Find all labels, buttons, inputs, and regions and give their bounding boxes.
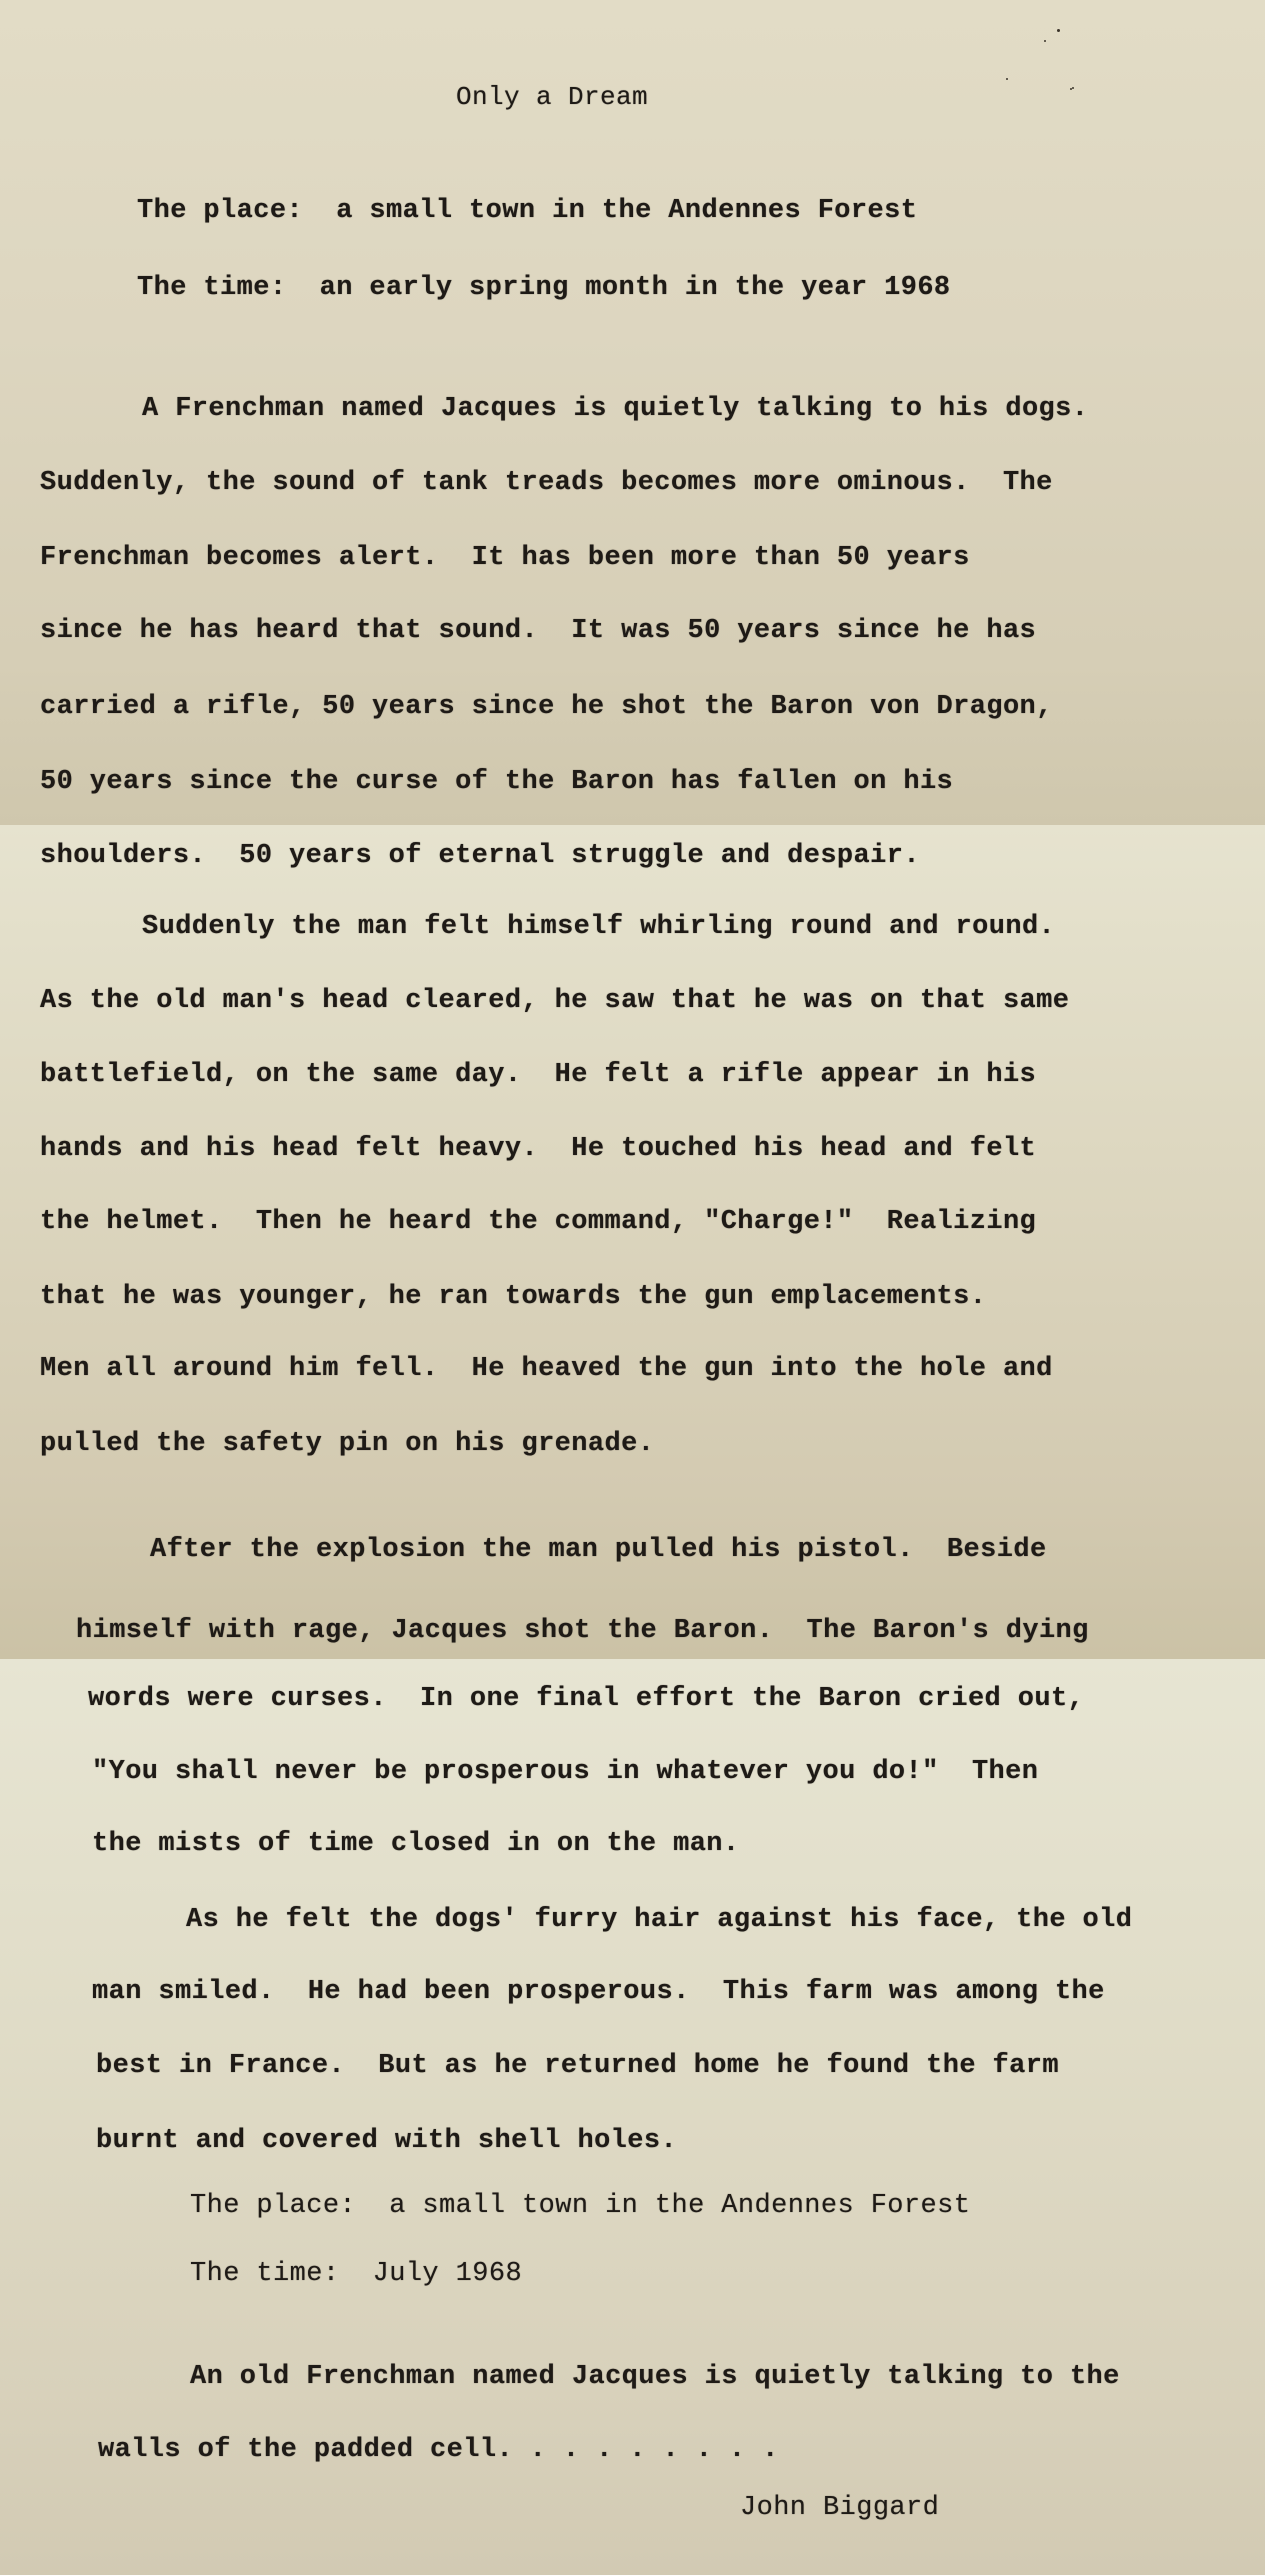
paragraph-4-line-2: man smiled. He had been prosperous. This… [92,1975,1105,2009]
author-signature: John Biggard [740,2491,939,2525]
paper-speck [1072,87,1074,89]
paragraph-3-line-2: himself with rage, Jacques shot the Baro… [76,1614,1089,1648]
paragraph-3-line-1: After the explosion the man pulled his p… [150,1533,1047,1567]
final-paragraph-line-1: An old Frenchman named Jacques is quietl… [190,2360,1120,2394]
opening-place-line: The place: a small town in the Andennes … [137,194,917,228]
paragraph-1-line-7: shoulders. 50 years of eternal struggle … [40,839,920,873]
paragraph-3-line-4: "You shall never be prosperous in whatev… [92,1755,1038,1789]
paper-speck [1057,29,1060,32]
closing-place-line: The place: a small town in the Andennes … [190,2189,970,2223]
paragraph-4-line-4: burnt and covered with shell holes. [96,2124,677,2158]
paragraph-4-line-1: As he felt the dogs' furry hair against … [186,1903,1132,1937]
paragraph-2-line-2: As the old man's head cleared, he saw th… [40,984,1069,1018]
document-title: Only a Dream [456,80,648,114]
paragraph-1-line-5: carried a rifle, 50 years since he shot … [40,690,1053,724]
paragraph-2-line-6: that he was younger, he ran towards the … [40,1280,986,1314]
final-paragraph-line-2: walls of the padded cell. . . . . . . . … [98,2433,779,2467]
paragraph-3-line-5: the mists of time closed in on the man. [92,1827,740,1861]
paragraph-2-line-1: Suddenly the man felt himself whirling r… [142,910,1055,944]
paragraph-1-line-1: A Frenchman named Jacques is quietly tal… [142,392,1088,426]
paragraph-1-line-4: since he has heard that sound. It was 50… [40,614,1036,648]
paper-speck [1070,88,1072,90]
paragraph-1-line-3: Frenchman becomes alert. It has been mor… [40,541,970,575]
paragraph-2-line-7: Men all around him fell. He heaved the g… [40,1352,1053,1386]
paragraph-2-line-8: pulled the safety pin on his grenade. [40,1427,654,1461]
paper-speck [1044,40,1046,42]
paragraph-1-line-6: 50 years since the curse of the Baron ha… [40,765,953,799]
paper-speck [1006,78,1008,80]
paragraph-1-line-2: Suddenly, the sound of tank treads becom… [40,466,1053,500]
paragraph-2-line-3: battlefield, on the same day. He felt a … [40,1058,1036,1092]
opening-time-line: The time: an early spring month in the y… [137,271,951,305]
closing-time-line: The time: July 1968 [190,2257,522,2291]
paragraph-2-line-5: the helmet. Then he heard the command, "… [40,1205,1036,1239]
paragraph-2-line-4: hands and his head felt heavy. He touche… [40,1132,1036,1166]
paragraph-3-line-3: words were curses. In one final effort t… [88,1682,1084,1716]
paragraph-4-line-3: best in France. But as he returned home … [96,2049,1059,2083]
